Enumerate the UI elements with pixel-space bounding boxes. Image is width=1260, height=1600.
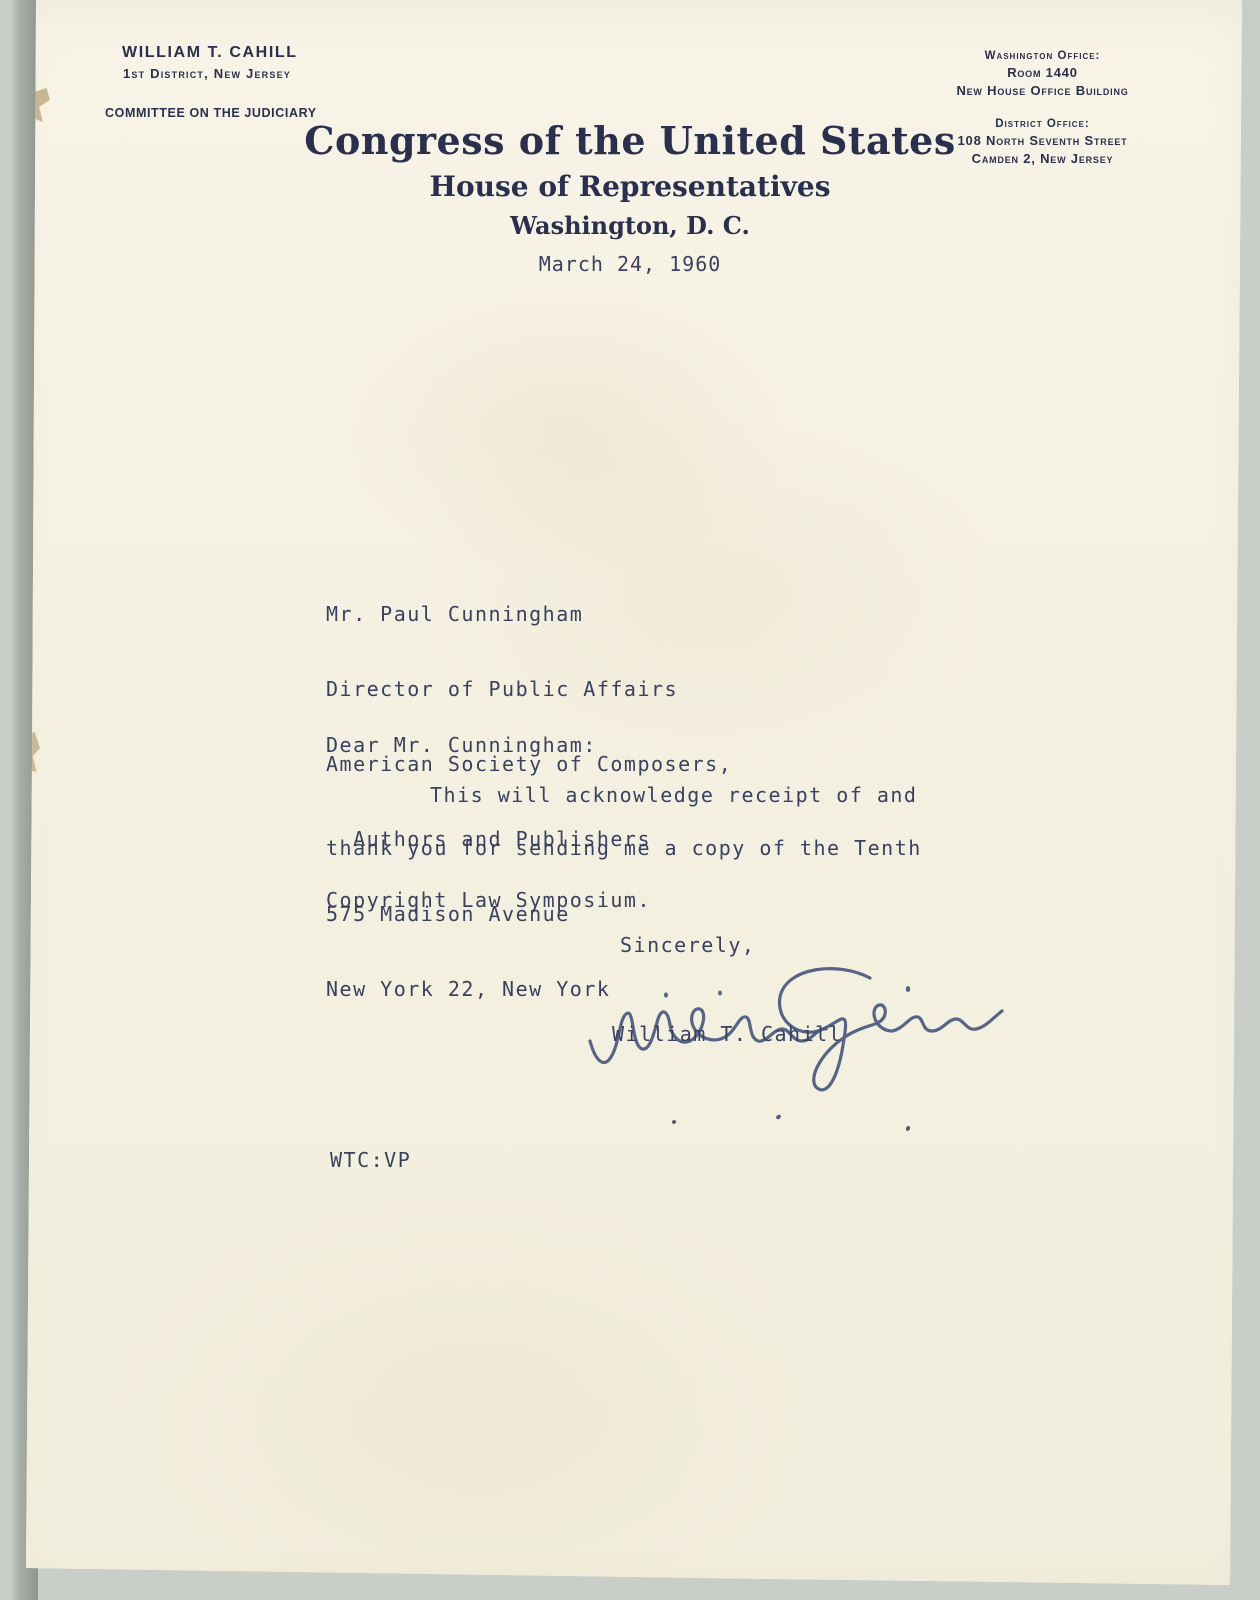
member-name: WILLIAM T. CAHILL <box>122 44 298 62</box>
recipient-line: New York 22, New York <box>326 977 732 1002</box>
house-subtitle: House of Representatives <box>0 170 1260 203</box>
member-district: 1st District, New Jersey <box>123 66 298 81</box>
scanned-letter-page: WILLIAM T. CAHILL 1st District, New Jers… <box>0 0 1260 1600</box>
typist-initials: WTC:VP <box>330 1148 411 1172</box>
body-line: Copyright Law Symposium. <box>326 888 651 912</box>
ink-dot <box>671 1119 676 1124</box>
washington-office-room: Room 1440 <box>925 65 1160 80</box>
typed-signature: William T. Cahill <box>612 1022 842 1046</box>
letterhead-center: Congress of the United States House of R… <box>0 118 1260 240</box>
salutation: Dear Mr. Cunningham: <box>326 733 597 757</box>
date-line: March 24, 1960 <box>0 252 1260 276</box>
city-line: Washington, D. C. <box>0 211 1260 240</box>
washington-office-building: New House Office Building <box>925 83 1160 98</box>
letter-paper: WILLIAM T. CAHILL 1st District, New Jers… <box>0 0 1260 1600</box>
member-block: WILLIAM T. CAHILL 1st District, New Jers… <box>122 44 298 81</box>
congress-title: Congress of the United States <box>0 118 1260 163</box>
recipient-line: Mr. Paul Cunningham <box>326 602 732 627</box>
ink-dot <box>906 1126 911 1132</box>
washington-office-heading: Washington Office: <box>925 50 1160 62</box>
closing: Sincerely, <box>620 933 755 957</box>
recipient-line: Director of Public Affairs <box>326 677 732 702</box>
body-line: This will acknowledge receipt of and <box>430 783 917 807</box>
body-line: thank you for sending me a copy of the T… <box>326 836 922 860</box>
ink-dot <box>775 1114 781 1120</box>
